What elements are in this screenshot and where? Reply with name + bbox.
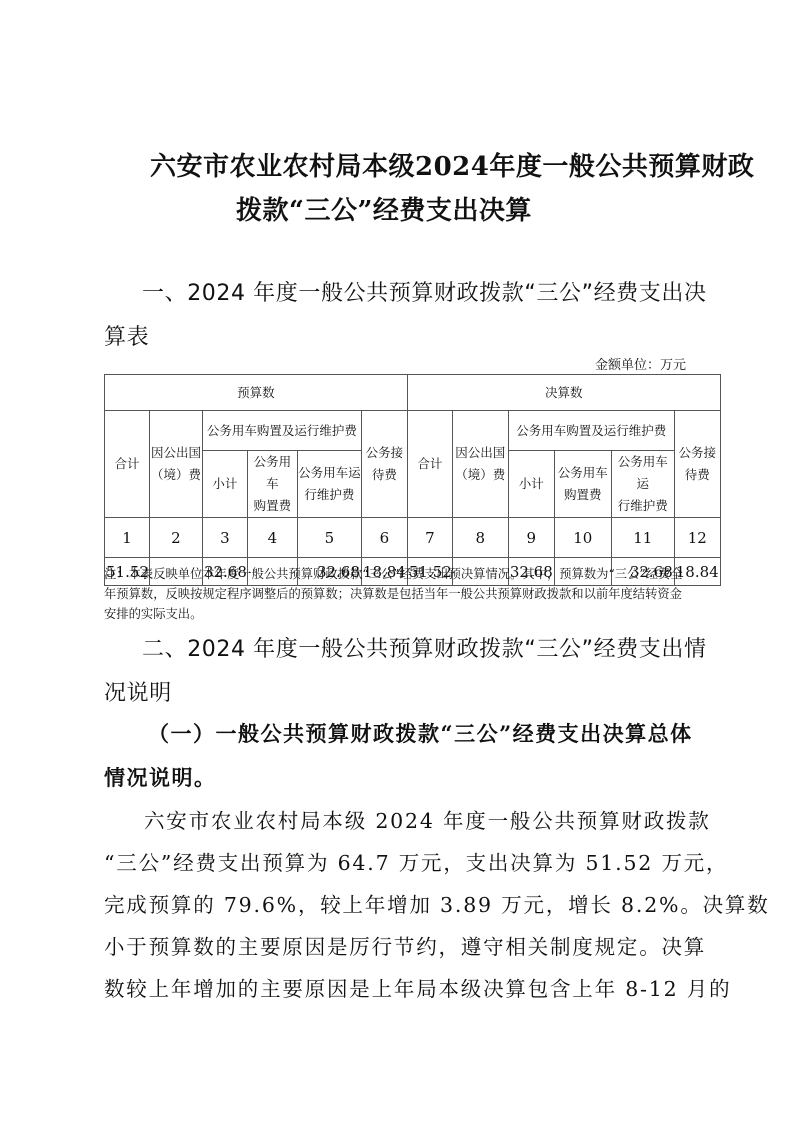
budget-group-header: 预算数 [105, 375, 408, 411]
header-car-operation: 公务用车运行维护费 [611, 451, 674, 518]
paragraph-line: 数较上年增加的主要原因是上年局本级决算包含上年 8-12 月的 [104, 972, 731, 1002]
header-car-group: 公务用车购置及运行维护费 [508, 411, 674, 451]
document-title-line1: 六安市农业农村局本级2024年度一般公共预算财政 [150, 146, 754, 183]
header-car-purchase: 公务用车购置费 [554, 451, 611, 518]
header-total: 合计 [407, 411, 452, 518]
header-abroad: 因公出国（境）费 [452, 411, 508, 518]
three-public-expense-table: 预算数 决算数 合计 因公出国（境）费 公务用车购置及运行维护费 公务接待费 合… [104, 374, 721, 586]
header-total: 合计 [105, 411, 150, 518]
col-number: 2 [149, 518, 202, 558]
section2-heading-line1: 二、2024 年度一般公共预算财政拨款“三公”经费支出情 [142, 632, 707, 663]
header-car-purchase: 公务用车购置费 [247, 451, 297, 518]
header-car-operation: 公务用车运行维护费 [297, 451, 361, 518]
paragraph-line: 六安市农业农村局本级 2024 年度一般公共预算财政拨款 [144, 804, 711, 834]
col-number: 1 [105, 518, 150, 558]
header-reception: 公务接待费 [674, 411, 720, 518]
col-number: 10 [554, 518, 611, 558]
col-number: 3 [202, 518, 247, 558]
col-number: 4 [247, 518, 297, 558]
paragraph-line: 小于预算数的主要原因是厉行节约，遵守相关制度规定。决算 [104, 930, 706, 960]
section2-heading-line2: 况说明 [104, 676, 172, 707]
document-title-line2: 拨款“三公”经费支出决算 [236, 190, 532, 227]
col-number: 7 [407, 518, 452, 558]
header-abroad: 因公出国（境）费 [149, 411, 202, 518]
header-subtotal: 小计 [508, 451, 554, 518]
column-number-row: 1 2 3 4 5 6 7 8 9 10 11 12 [105, 518, 721, 558]
col-number: 6 [361, 518, 407, 558]
col-number: 12 [674, 518, 720, 558]
amount-unit-label: 金额单位：万元 [595, 354, 686, 373]
header-subtotal: 小计 [202, 451, 247, 518]
subsection1-heading-line1: （一）一般公共预算财政拨款“三公”经费支出决算总体 [148, 718, 693, 748]
col-number: 9 [508, 518, 554, 558]
header-reception: 公务接待费 [361, 411, 407, 518]
paragraph-line: “三公”经费支出预算为 64.7 万元，支出决算为 51.52 万元， [104, 846, 728, 876]
col-number: 11 [611, 518, 674, 558]
header-car-group: 公务用车购置及运行维护费 [202, 411, 361, 451]
col-number: 8 [452, 518, 508, 558]
table-note: 注：本表反映单位本年度一般公共预算财政拨款“三公”经费支出预决算情况。其中，预算… [104, 564, 694, 624]
paragraph-line: 完成预算的 79.6%，较上年增加 3.89 万元，增长 8.2%。决算数 [104, 888, 770, 918]
section1-heading-line2: 算表 [104, 320, 149, 351]
final-group-header: 决算数 [407, 375, 720, 411]
col-number: 5 [297, 518, 361, 558]
section1-heading-line1: 一、2024 年度一般公共预算财政拨款“三公”经费支出决 [142, 276, 707, 307]
subsection1-heading-line2: 情况说明。 [104, 762, 217, 792]
